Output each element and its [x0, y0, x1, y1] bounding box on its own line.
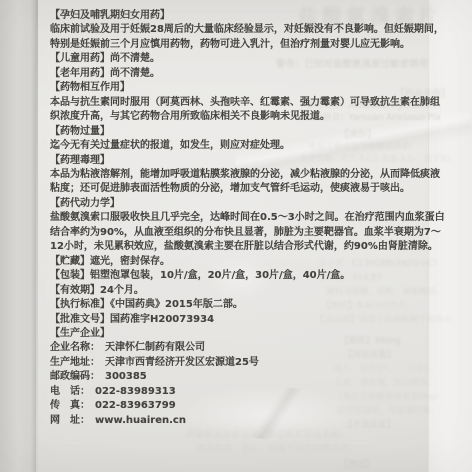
leaflet-line: 传 真： 022-83963799: [50, 399, 428, 413]
leaflet-line: 【包装】铝塑泡罩包装，10片/盒，20片/盒，30片/盒，40片/盒。: [50, 269, 428, 283]
leaflet-line: 【执行标准】《中国药典》2015年版二部。: [50, 298, 428, 312]
leaflet-line: 电 话： 022-83989313: [50, 385, 428, 399]
leaflet-line: 本品与抗生素同时服用（阿莫西林、头孢呋辛、红霉素、强力霉素）可导致抗生素在肺组: [50, 96, 428, 110]
leaflet-line: 网 址： www.huairen.cn: [50, 414, 428, 428]
leaflet-line: 本品为粘液溶解剂，能增加呼吸道粘膜浆液腺的分泌，减少粘液腺的分泌，从而降低痰液: [50, 168, 428, 182]
leaflet-line: 12小时，未见累积效应，盐酸氨溴索主要在肝脏以结合形式代谢，约90%由肾脏清除。: [50, 240, 428, 254]
showthrough-text: 对盐酸氨溴索及溴己新过敏者禁用本品。: [186, 427, 348, 440]
leaflet-line: 【老年用药】尚不清楚。: [50, 67, 428, 81]
leaflet-line: 【批准文号】国药准字H20073934: [50, 313, 428, 327]
leaflet-line: 迄今无有关过量症状的报道，如发生，则应对症处理。: [50, 139, 428, 153]
leaflet-line: 【药理毒理】: [50, 154, 428, 168]
leaflet-line: 【药物过量】: [50, 125, 428, 139]
leaflet-line: 【儿童用药】尚不清楚。: [50, 52, 428, 66]
leaflet-line: 【贮藏】遮光，密封保存。: [50, 255, 428, 269]
leaflet-photo: 盐酸氨溴索片 警告：已知对盐酸氨溴索过敏者禁用 【药品名称】 通用名称：Ambr…: [0, 0, 472, 472]
leaflet-line: 【有效期】24个月。: [50, 284, 428, 298]
showthrough-text: 【禁忌】: [340, 458, 374, 470]
leaflet-line: 【生产企业】: [50, 327, 428, 341]
leaflet-line: 特别是妊娠前三个月应慎用药物，药物可进入乳汁，但治疗剂量对婴儿应无影响。: [50, 38, 428, 52]
leaflet-text-block: 【孕妇及哺乳期妇女用药】 临床前试验及用于妊娠28周后的大量临床经验显示，对妊娠…: [50, 9, 428, 428]
leaflet-line: 结合率约为90%，从血液至组织的分布快且显著，肺脏为主要靶器官。血浆半衰期为7～: [50, 226, 428, 240]
leaflet-line: 【孕妇及哺乳期妇女用药】: [50, 9, 428, 23]
leaflet-line: 【药物相互作用】: [50, 81, 428, 95]
leaflet-line: 【药代动力学】: [50, 197, 428, 211]
leaflet-line: 生产地址： 天津市西青经济开发区宏源道25号: [50, 356, 428, 370]
showthrough-text: 偶见皮疹、恶心、胃部不适等轻微反应。: [196, 441, 358, 454]
leaflet-line: 织浓度升高，与其它药物合用所致临床相关不良影响未见报道。: [50, 110, 428, 124]
leaflet-line: 粘度；还可促进肺表面活性物质的分泌，增加支气管纤毛运动，使痰液易于咳出。: [50, 182, 428, 196]
leaflet-line: 邮政编码： 300385: [50, 370, 428, 384]
leaflet-line: 企业名称： 天津怀仁制药有限公司: [50, 341, 428, 355]
leaflet-line: 临床前试验及用于妊娠28周后的大量临床经验显示，对妊娠没有不良影响。但妊娠期间，: [50, 23, 428, 37]
leaflet-line: 盐酸氨溴索口服吸收快且几乎完全，达峰时间在0.5～3小时之间。在治疗范围内血浆蛋…: [50, 211, 428, 225]
